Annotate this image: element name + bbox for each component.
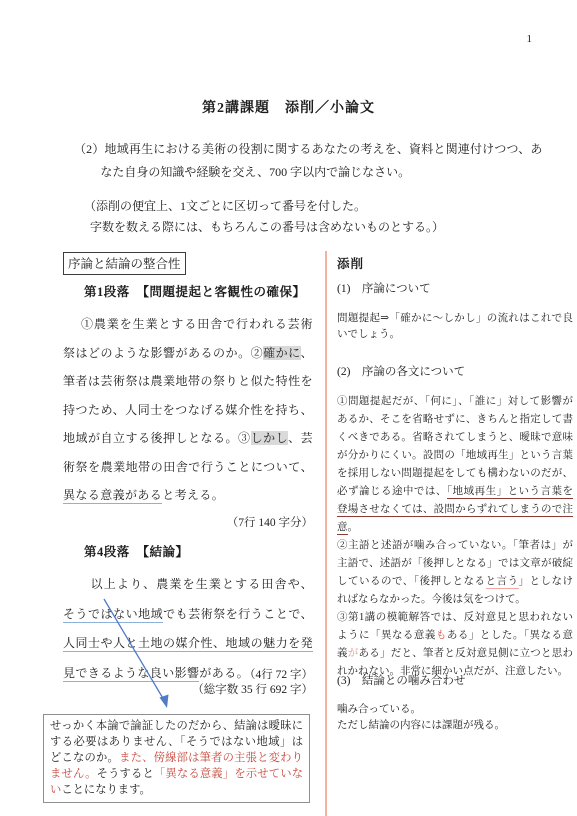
correction-heading: 添削 [337,254,364,272]
total-char-count: （総字数 35 行 692 字） [63,683,313,698]
correction-item-2-body: ①問題提起だが、「何に」、「誰に」対して影響があるか、そこを省略せずに、きちんと… [337,393,573,681]
paragraph-4-heading: 第4段落 【結論】 [84,542,189,560]
correction-note-3: ③第1講の模範解答では、反対意見と思われないように「異なる意義もある」とした。「… [337,609,573,681]
numbering-note: （添削の便宜上、1文ごとに区切って番号を付した。 字数を数える際には、もちろんこ… [84,196,444,238]
numbering-note-line2: 字数を数える際には、もちろんこの番号は含めないものとする。） [90,217,444,238]
correction-item-3-body: 噛み合っている。 ただし結論の内容には課題が残る。 [337,702,573,733]
correction-item-3-line2: ただし結論の内容には課題が残る。 [337,718,573,734]
reviewer-comment-box: せっかく本論で論証したのだから、結論は曖昧にする必要はありません、「そうではない… [43,714,310,803]
paragraph-1-heading: 第1段落 【問題提起と客観性の確保】 [84,282,306,300]
correction-note-2: ②主語と述語が噛み合っていない。「筆者は」が主語で、述語が「後押しとなる」では文… [337,537,573,609]
page-number: 1 [527,33,533,45]
correction-item-3-title: (3) 結論との噛み合わせ [337,672,465,688]
correction-item-3-line1: 噛み合っている。 [337,702,573,718]
correction-item-1-title: (1) 序論について [337,280,431,296]
paragraph-4-char-count: （4行 72 字） [63,668,313,683]
section-label-box: 序論と結論の整合性 [63,252,186,275]
page-title: 第2講課題 添削／小論文 [0,97,577,117]
numbering-note-line1: （添削の便宜上、1文ごとに区切って番号を付した。 [84,196,444,217]
paragraph-1-char-count: （7行 140 字分） [63,514,313,530]
assignment-prompt: （2）地域再生における美術の役割に関するあなたの考えを、資料と関連付けつつ、あな… [74,138,542,184]
paragraph-4-char-counts: （4行 72 字） （総字数 35 行 692 字） [63,668,313,698]
correction-item-2-title: (2) 序論の各文について [337,363,465,379]
column-divider-line [325,251,327,816]
correction-item-1-body: 問題提起⇒「確かに～しかし」の流れはこれで良いでしょう。 [337,311,573,342]
essay-paragraph-1: ①農業を生業とする田舎で行われる芸術祭はどのような影響があるのか。②確かに、筆者… [63,310,313,510]
document-page: 1 第2講課題 添削／小論文 （2）地域再生における美術の役割に関するあなたの考… [0,0,577,816]
correction-note-1: ①問題提起だが、「何に」、「誰に」対して影響があるか、そこを省略せずに、きちんと… [337,393,573,537]
